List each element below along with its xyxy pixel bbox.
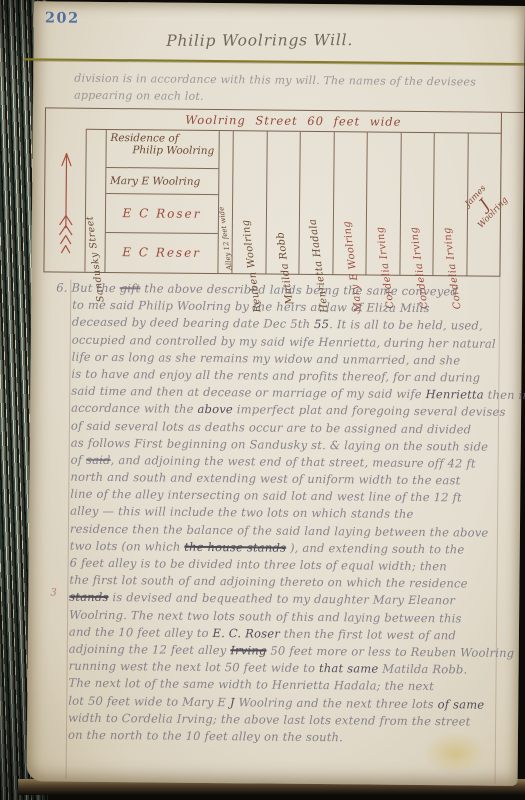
residence-cell-line: Residence of [110, 132, 215, 145]
body-segment: lot 50 feet wide to Mary E [68, 693, 230, 709]
body-text: 6. But the gift the above described land… [68, 281, 512, 749]
plat-columns: Sandusky Street Residence ofPhilip Woolr… [44, 129, 500, 275]
body-segment: said time and then at decease or marriag… [71, 384, 426, 401]
corner-owner-cell: James J Woolring [466, 133, 500, 275]
body-segment: , and adjoining the west end of that str… [111, 453, 476, 471]
body-segment: Woolring and the next three lots [235, 695, 438, 711]
residence-cell: E C Reser [105, 233, 218, 273]
body-segment: alley — this will include the two lots o… [70, 504, 414, 521]
body-segment: line of the alley intersecting on said l… [70, 487, 462, 505]
north-arrow-cell [44, 129, 85, 271]
body-segment: north and south and extending west of un… [70, 470, 460, 488]
paper-stain [423, 732, 487, 775]
body-segment: the above described lands being the same… [140, 281, 458, 298]
body-segment: then in [484, 388, 525, 402]
body-segment: then the first lot west of and [280, 626, 456, 642]
body-segment: above [197, 402, 233, 416]
body-segment: of [71, 453, 87, 467]
body-segment: life or as long as she remains my widow … [72, 349, 461, 367]
body-segment: stands [69, 590, 108, 604]
residence-cell: E C Roser [106, 194, 219, 234]
body-segment: is devised and bequeathed to my daughter… [108, 590, 455, 607]
body-segment: two lots (on which [70, 538, 185, 553]
body-segment: The next lot of the same width to Henrie… [68, 676, 434, 694]
body-segment: 6. But the [56, 281, 120, 296]
body-segment: deceased by deed bearing date Dec 5th [72, 315, 314, 331]
ledger-page: 202 Philip Woolrings Will. division is i… [27, 1, 525, 786]
body-segment: 50 feet more or less to Reuben Woolring [267, 643, 515, 659]
lot-column: Matilda Robb [265, 132, 300, 274]
residence-cell-line: E C Roser [123, 206, 202, 221]
lot-column: Cordelia Irving [399, 133, 434, 275]
body-segment: adjoining the 12 feet alley [69, 642, 231, 658]
alley-cell: Alley 12 feet wide [218, 131, 233, 273]
body-segment: Irving [230, 643, 266, 657]
residence-cell: Mary E Woolring [106, 168, 219, 195]
document-title: Philip Woolrings Will. [126, 31, 394, 50]
lot-column: Henrietta Hadala [299, 132, 334, 274]
intro-paragraph: division is in accordance with this my w… [74, 71, 514, 108]
body-segment: running west the next lot 50 feet wide t… [69, 659, 319, 675]
body-segment: ), and extending south to the [286, 541, 464, 557]
lot-column: Mary E Woolring [332, 132, 367, 274]
body-segment: said [86, 453, 111, 467]
body-segment: residence then the balance of the said l… [70, 521, 489, 539]
body-segment: E. C. Roser [212, 626, 280, 641]
lot-column: Cordelia Irving [366, 132, 401, 274]
residence-cell-line: Philip Woolring [110, 144, 215, 157]
body-segment: Matilda Robb. [378, 662, 467, 677]
body-segment: Woolring. The next two lots south of thi… [69, 607, 462, 625]
body-segment: is to have and enjoy all the rents and p… [71, 367, 480, 385]
body-segment: the first lot south of and adjoining the… [69, 573, 467, 591]
plat-table: Woolring Street 60 feet wide [43, 107, 502, 276]
body-segment: gift [120, 281, 141, 295]
residence-column: Residence ofPhilip WoolringMary E Woolri… [104, 130, 219, 273]
body-segment: Henrietta [426, 387, 484, 402]
body-segment: . It is all to be held, used, [329, 318, 483, 333]
residence-cell-line: E C Reser [122, 245, 201, 260]
body-segment: occupied and controlled by my said wife … [72, 332, 496, 350]
body-segment: accordance with the [71, 401, 198, 416]
residence-cell-line: Mary E Woolring [110, 175, 200, 188]
body-segment: imperfect plat and foregoing several dev… [233, 403, 506, 420]
residence-cell: Residence ofPhilip Woolring [106, 130, 219, 170]
body-segment: as follows First beginning on Sandusky s… [71, 435, 489, 453]
lot-column: Reuben Woolring [232, 131, 267, 273]
body-segment: on the north to the 10 feet alley on the… [68, 728, 343, 745]
body-segment: that same [319, 661, 379, 676]
sandusky-street-cell: Sandusky Street [84, 130, 105, 272]
header-divider-rule [23, 58, 524, 65]
body-segment: the house stands [184, 540, 286, 555]
body-segment: of said several lots as deaths occur are… [71, 418, 471, 436]
body-segment: and the 10 feet alley to [69, 624, 213, 639]
plat-top-border-extension [502, 112, 524, 113]
north-arrow-icon [44, 143, 85, 265]
body-segment: to me said Philip Woolring by the heirs … [72, 298, 430, 315]
body-segment: 6 feet alley is to be divided into three… [70, 556, 447, 574]
margin-annotation: 3 [50, 587, 56, 598]
page-number: 202 [45, 9, 80, 26]
body-segment: of same [438, 697, 485, 711]
ledger-photo: 202 Philip Woolrings Will. division is i… [0, 0, 525, 800]
body-segment: 55 [314, 317, 329, 331]
body-segment: width to Cordelia Irving; the above last… [68, 710, 470, 728]
